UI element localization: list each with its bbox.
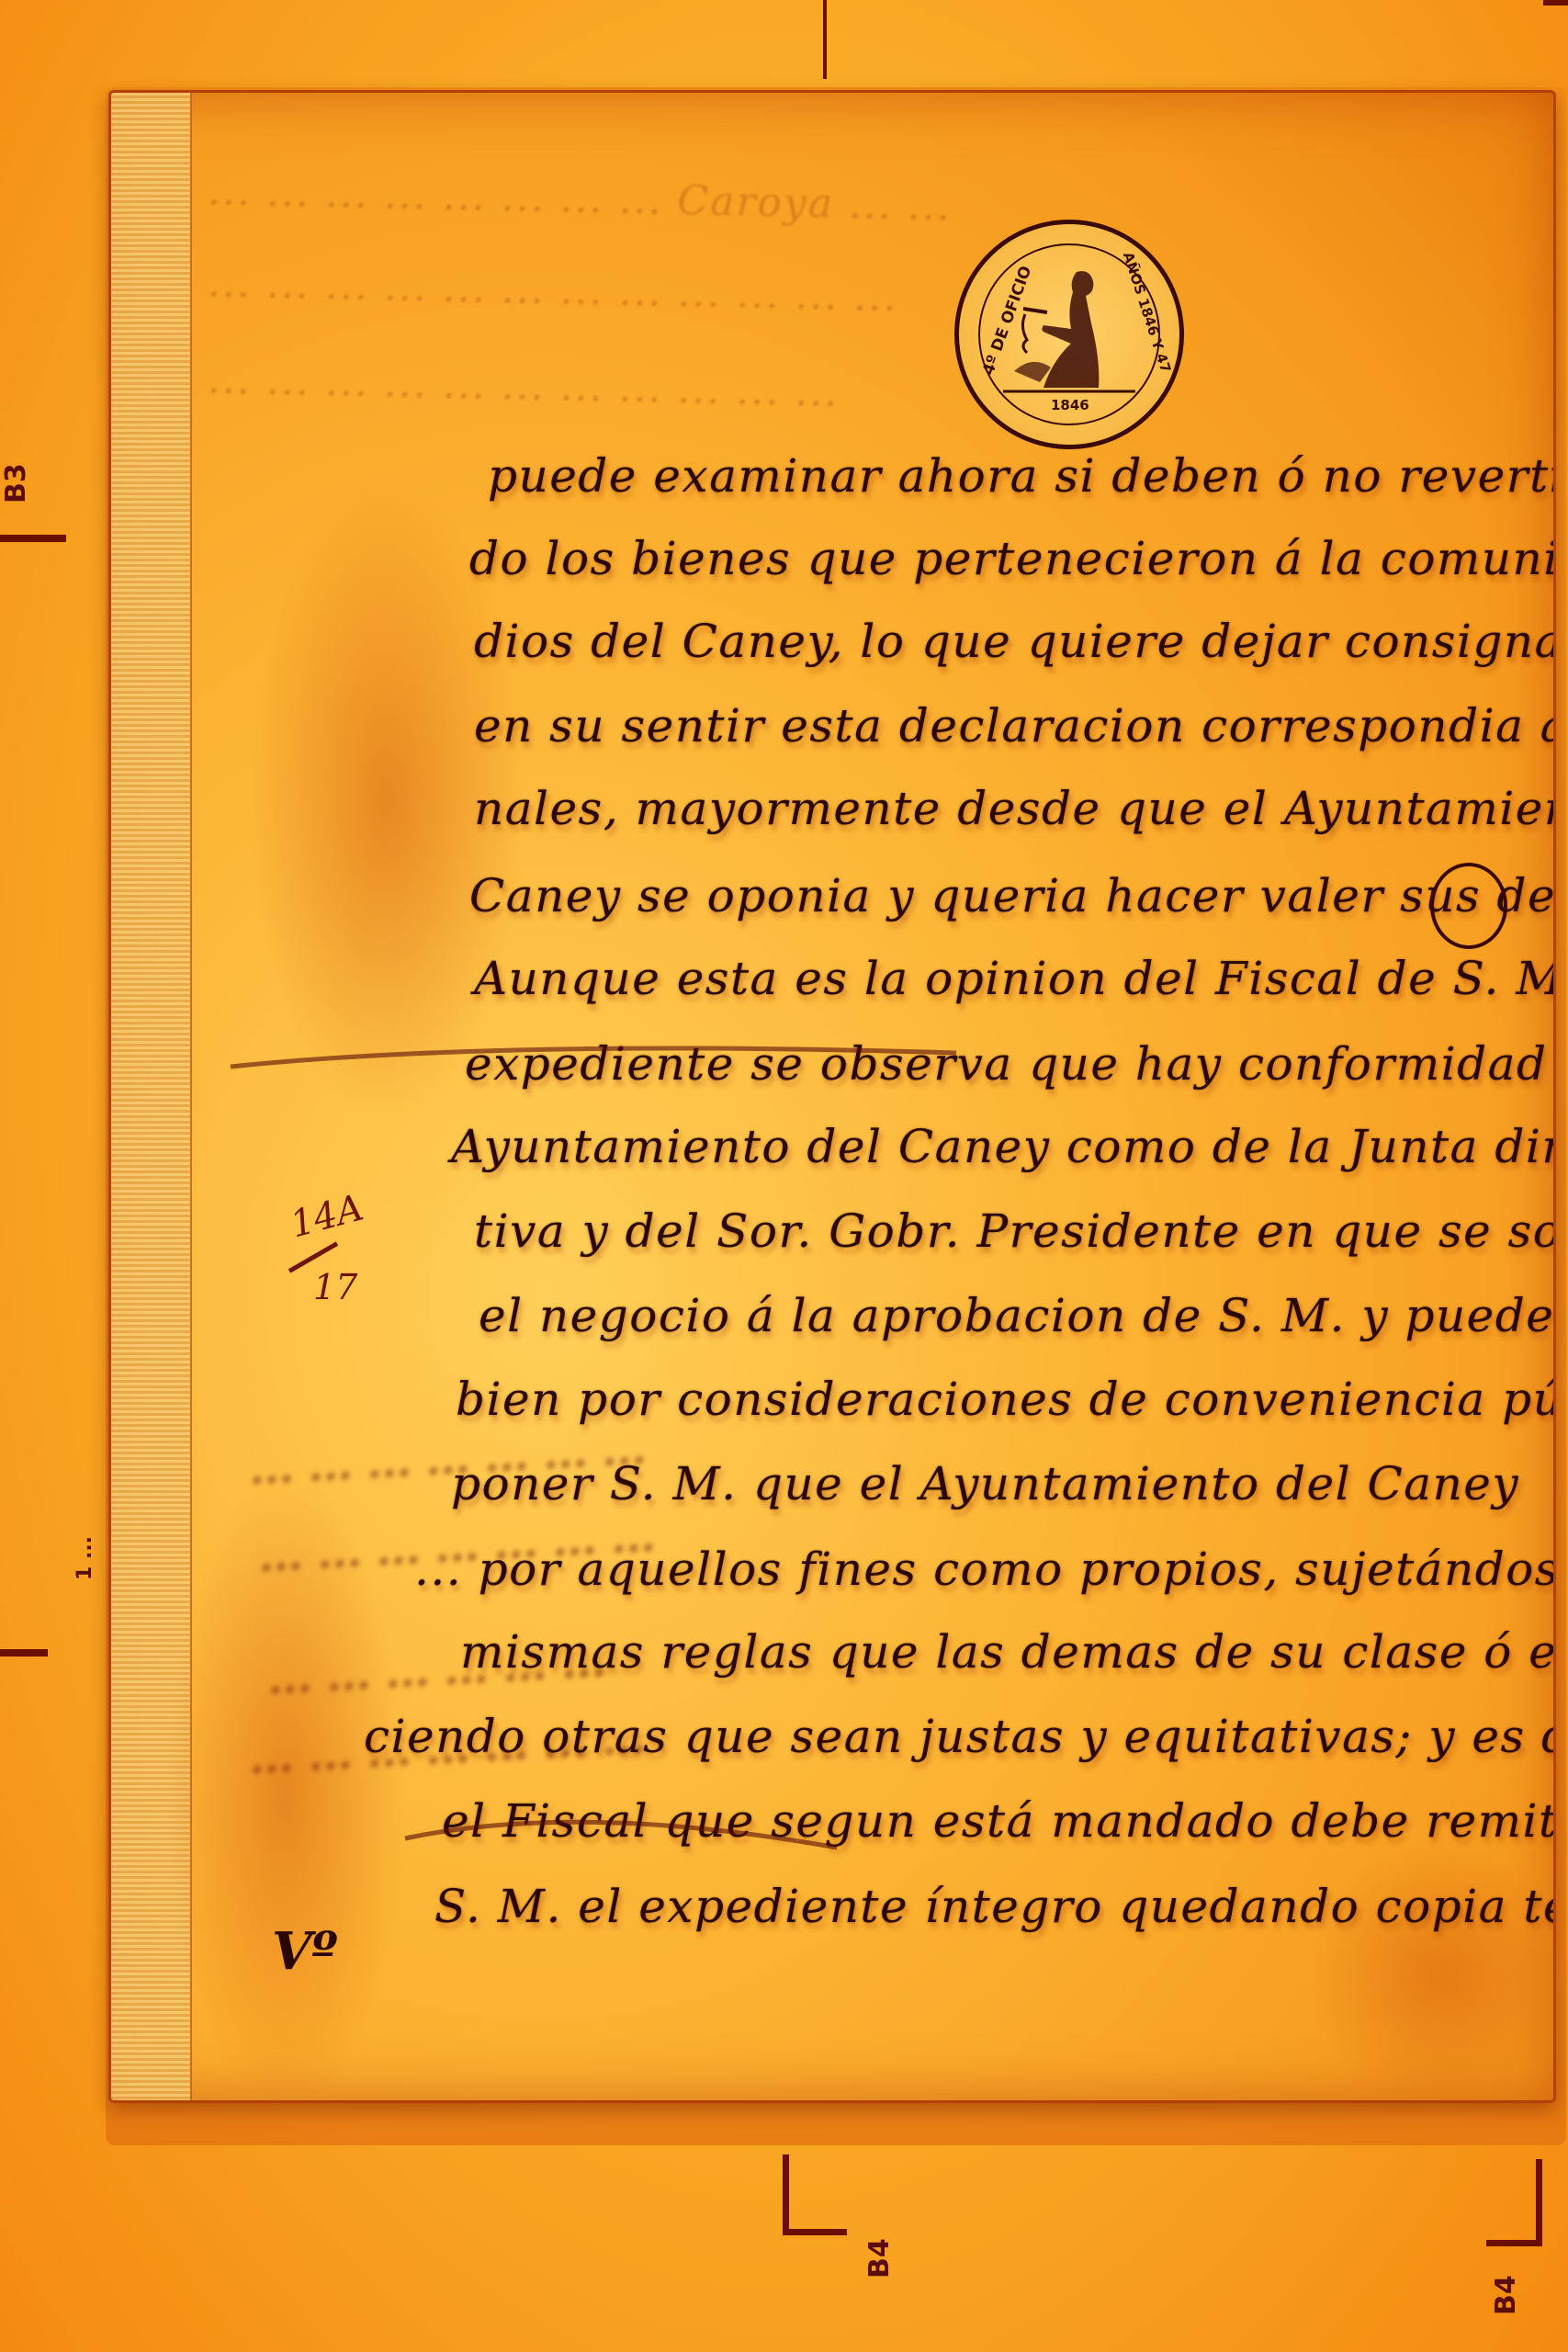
bottom-right-bracket-h <box>1486 2240 1541 2246</box>
manuscript-line: ... por aquellos fines como propios, suj… <box>414 1543 1556 1596</box>
manuscript-line: bien por consideraciones de conveniencia… <box>456 1373 1556 1426</box>
bottom-right-b4-label: B4 <box>1490 2275 1522 2315</box>
bottom-left-mark: Vº <box>272 1921 337 1982</box>
manuscript-line: poner S. M. que el Ayuntamiento del Cane… <box>451 1457 1519 1510</box>
manuscript-line: dios del Caney, lo que quiere dejar cons… <box>474 615 1556 668</box>
manuscript-line: Ayuntamiento del Caney como de la Junta … <box>451 1120 1556 1173</box>
top-right-tick <box>1543 0 1568 6</box>
ink-strike-icon <box>396 1802 855 1866</box>
manuscript-line: el negocio á la aprobacion de S. M. y pu… <box>479 1289 1556 1342</box>
stain <box>1305 1838 1556 2103</box>
bottom-center-b4-label: B4 <box>863 2238 896 2278</box>
manuscript-line: en su sentir esta declaracion correspond… <box>474 699 1556 752</box>
manuscript-line: Caney se oponia y queria hacer valer sus… <box>469 869 1556 922</box>
manuscript-line: nales, mayormente desde que el Ayuntamie… <box>474 782 1556 835</box>
bottom-right-bracket-v <box>1536 2159 1542 2246</box>
official-stamp-seal: 4º DE OFICIO AÑOS 1846 Y 47 1846 <box>954 220 1184 449</box>
folio-number-bottom: 17 <box>313 1267 357 1307</box>
manuscript-line: S. M. el expediente íntegro quedando cop… <box>434 1880 1556 1933</box>
top-center-tick <box>823 0 827 79</box>
left-mid-fragment: 1 ... <box>73 1536 96 1580</box>
manuscript-line: Aunque esta es la opinion del Fiscal de … <box>474 952 1556 1005</box>
ink-strike-icon <box>221 1021 975 1085</box>
manuscript-line: ciendo otras que sean justas y equitativ… <box>364 1710 1556 1763</box>
ink-flourish-icon <box>1416 855 1526 956</box>
left-b3-tick <box>0 535 66 542</box>
manuscript-line: do los bienes que pertenecieron á la com… <box>469 532 1556 585</box>
manuscript-page: ... ... ... ... ... ... ... ... Caroya .… <box>108 90 1556 2103</box>
left-b3-label: B3 <box>0 463 32 503</box>
manuscript-line: puede examinar ahora si deben ó no rever… <box>488 449 1556 503</box>
seal-year: 1846 <box>1051 397 1089 413</box>
faded-header-line: ... ... ... ... ... ... ... ... ... ... … <box>208 356 1403 427</box>
faded-header-line: ... ... ... ... ... ... ... ... ... ... … <box>208 259 1403 331</box>
bottom-center-bracket-h <box>783 2229 847 2235</box>
folio-number-top: 14A <box>286 1186 367 1246</box>
bottom-center-bracket-v <box>783 2154 789 2235</box>
manuscript-line: mismas reglas que las demas de su clase … <box>460 1625 1556 1679</box>
manuscript-line: tiva y del Sor. Gobr. Presidente en que … <box>474 1204 1556 1258</box>
faded-header-line: ... ... ... ... ... ... ... ... Caroya .… <box>208 167 1403 239</box>
left-mid-tick <box>0 1649 48 1657</box>
